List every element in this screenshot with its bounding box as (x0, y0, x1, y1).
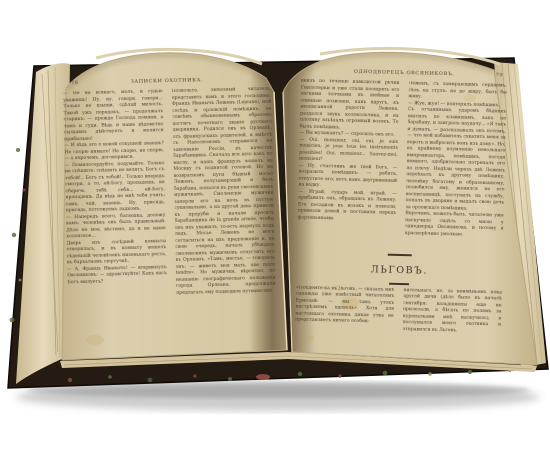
left-page-number: 78 (71, 80, 79, 86)
right-page-number: 79 (496, 72, 504, 78)
left-page-column-1: — Не на всякаго, молъ, и судью уважишь! … (63, 89, 169, 359)
chapter-opening-column-2: нительнаго, но, за неимѣньемъ пока друго… (402, 288, 502, 342)
book-photo: 78 ЗАПИСКИ ОХОТНИКА. — Не на всякаго, мо… (0, 0, 550, 450)
chapter-break: ЛЬГОВЪ. (296, 251, 503, 287)
left-page: 78 ЗАПИСКИ ОХОТНИКА. — Не на всякаго, мо… (63, 76, 277, 360)
chapter-title: ЛЬГОВЪ. (296, 262, 502, 278)
left-page-column-2: Позвольте, любезный читатель, представит… (172, 87, 278, 357)
chapter-rule-top (388, 254, 412, 257)
left-running-header: ЗАПИСКИ ОХОТНИКА. (131, 77, 204, 85)
right-page-column-2: Леженъ, съ замирающимъ сердцемъ, сѣлъ на… (404, 81, 507, 253)
right-page-column-1: внизъ по теченію извилистой рѣчки Гнилот… (297, 79, 400, 251)
right-running-header: ОДНОДВОРЕЦЪ ОВСЯНИКОВЪ. (354, 69, 455, 77)
right-page: ОДНОДВОРЕЦЪ ОВСЯНИКОВЪ. 79 внизъ по тече… (295, 68, 508, 342)
chapter-opening-column-1: «Поѣдемте-ка въ Льговъ, — сказалъ мнѣ од… (295, 285, 395, 339)
chapter-rule-bottom (389, 283, 409, 285)
drop-shadow (16, 382, 540, 411)
